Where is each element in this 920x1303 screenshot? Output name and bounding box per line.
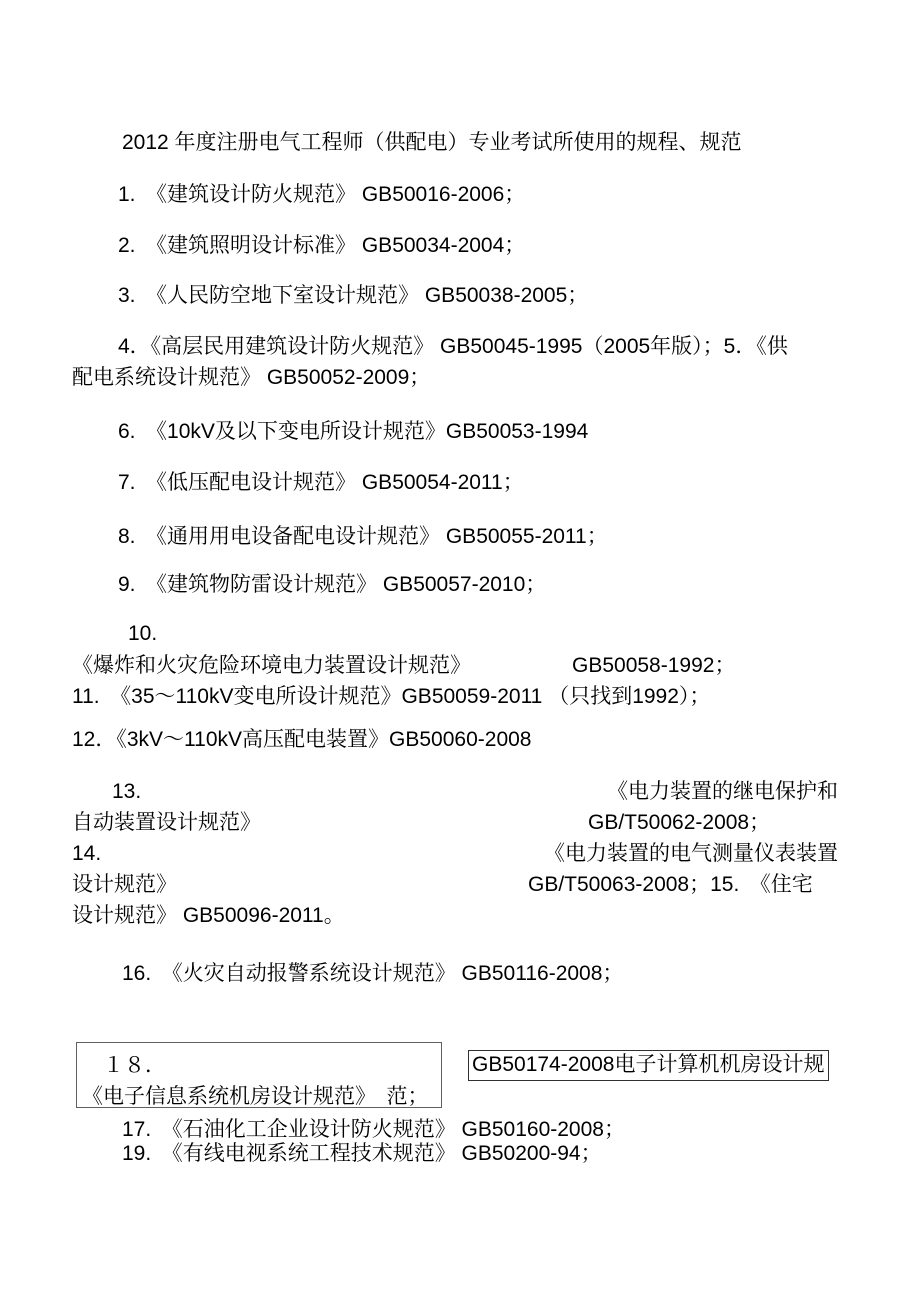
- gb50174-text-box: GB50174-2008电子计算机机房设计规: [468, 1050, 829, 1081]
- list-item-4-line1: 4．《高层民用建筑设计防火规范》 GB50045-1995（2005年版）；5．…: [118, 334, 788, 360]
- list-item-9: 9. 《建筑物防雷设计规范》 GB50057-2010；: [118, 572, 546, 598]
- list-item-10-name: 《爆炸和火灾危险环境电力装置设计规范》: [72, 653, 471, 679]
- list-item-12: 12．《3kV～110kV高压配电装置》GB50060-2008: [72, 727, 531, 753]
- list-item-16: 16. 《火灾自动报警系统设计规范》 GB50116-2008；: [122, 961, 623, 987]
- document-title: 2012 年度注册电气工程师（供配电）专业考试所使用的规程、规范: [122, 130, 742, 156]
- list-item-15-end: 设计规范》 GB50096-2011。: [72, 903, 345, 929]
- document-page: 2012 年度注册电气工程师（供配电）专业考试所使用的规程、规范 1. 《建筑设…: [0, 0, 920, 1303]
- list-item-13-name-part1: 《电力装置的继电保护和: [607, 779, 838, 805]
- list-item-6: 6. 《10kV及以下变电所设计规范》GB50053-1994: [118, 419, 588, 445]
- item-18-name: 《电子信息系统机房设计规范》 范；: [82, 1084, 429, 1110]
- list-item-4-line2: 配电系统设计规范》 GB50052-2009；: [72, 365, 430, 391]
- list-item-11: 11. 《35～110kV变电所设计规范》GB50059-2011 （只找到19…: [72, 684, 710, 710]
- list-item-7: 7. 《低压配电设计规范》 GB50054-2011；: [118, 470, 524, 496]
- list-item-14-code-item-15-start: GB/T50063-2008；15. 《住宅: [528, 872, 813, 898]
- list-item-14-name-part1: 《电力装置的电气测量仪表装置: [544, 841, 838, 867]
- list-item-10-number: 10.: [128, 621, 157, 647]
- list-item-13-code: GB/T50062-2008；: [588, 810, 770, 836]
- list-item-8: 8. 《通用用电设备配电设计规范》 GB50055-2011；: [118, 524, 608, 550]
- list-item-1: 1. 《建筑设计防火规范》 GB50016-2006；: [118, 182, 525, 208]
- list-item-17: 17. 《石油化工企业设计防火规范》 GB50160-2008；: [122, 1117, 625, 1143]
- list-item-14-number: 14.: [72, 841, 101, 867]
- item-18-number: １８．: [103, 1053, 166, 1079]
- list-item-2: 2. 《建筑照明设计标准》 GB50034-2004；: [118, 233, 525, 259]
- item-18-text-box: １８． 《电子信息系统机房设计规范》 范；: [76, 1042, 442, 1108]
- list-item-13-name-part2: 自动装置设计规范》: [72, 810, 261, 836]
- list-item-14-name-part2: 设计规范》: [72, 872, 177, 898]
- list-item-3: 3. 《人民防空地下室设计规范》 GB50038-2005；: [118, 283, 588, 309]
- list-item-19: 19. 《有线电视系统工程技术规范》 GB50200-94；: [122, 1141, 602, 1167]
- list-item-10-code: GB50058-1992；: [572, 653, 735, 679]
- list-item-13-number: 13.: [112, 779, 141, 805]
